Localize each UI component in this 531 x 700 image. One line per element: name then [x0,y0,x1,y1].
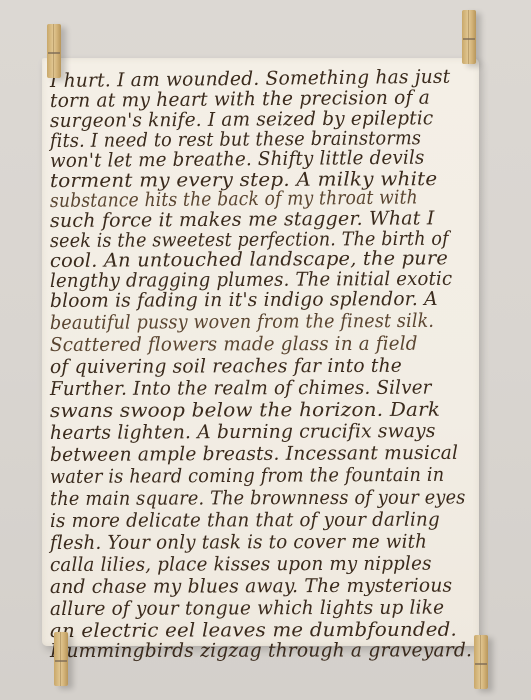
clothespin-bottom-right-icon [474,635,488,689]
poem-line: allure of your tongue which lights up li… [50,597,444,620]
clothespin-top-right-icon [462,10,476,64]
poem-line: bloom is fading in it's indigo splendor.… [50,288,438,312]
poem-line: of quivering soil reaches far into the [50,355,402,378]
poem-line: between ample breasts. Incessant musical [50,442,458,466]
poem-line: calla lilies, place kisses upon my nippl… [50,553,432,576]
poem-line: and chase my blues away. The mysterious [50,575,452,598]
clothespin-top-left-icon [47,24,61,78]
clothespin-bottom-left-icon [54,632,68,686]
poem-line: Hummingbirds zigzag through a graveyard. [50,639,472,662]
poem-line: hearts lighten. A burning crucifix sways [50,420,436,444]
poem-line: Scattered flowers made glass in a field [50,333,418,356]
poem-line: the main square. The brownness of your e… [50,486,466,510]
poem-line: flesh. Your only task is to cover me wit… [50,531,427,554]
poem-line: water is heard coming from the fountain … [50,464,444,488]
poem-line: is more delicate than that of your darli… [50,509,440,532]
poem-line: Further. Into the realm of chimes. Silve… [50,377,432,400]
poem-line: swans swoop below the horizon. Dark [50,399,440,422]
poem-line: beautiful pussy woven from the finest si… [50,310,434,334]
